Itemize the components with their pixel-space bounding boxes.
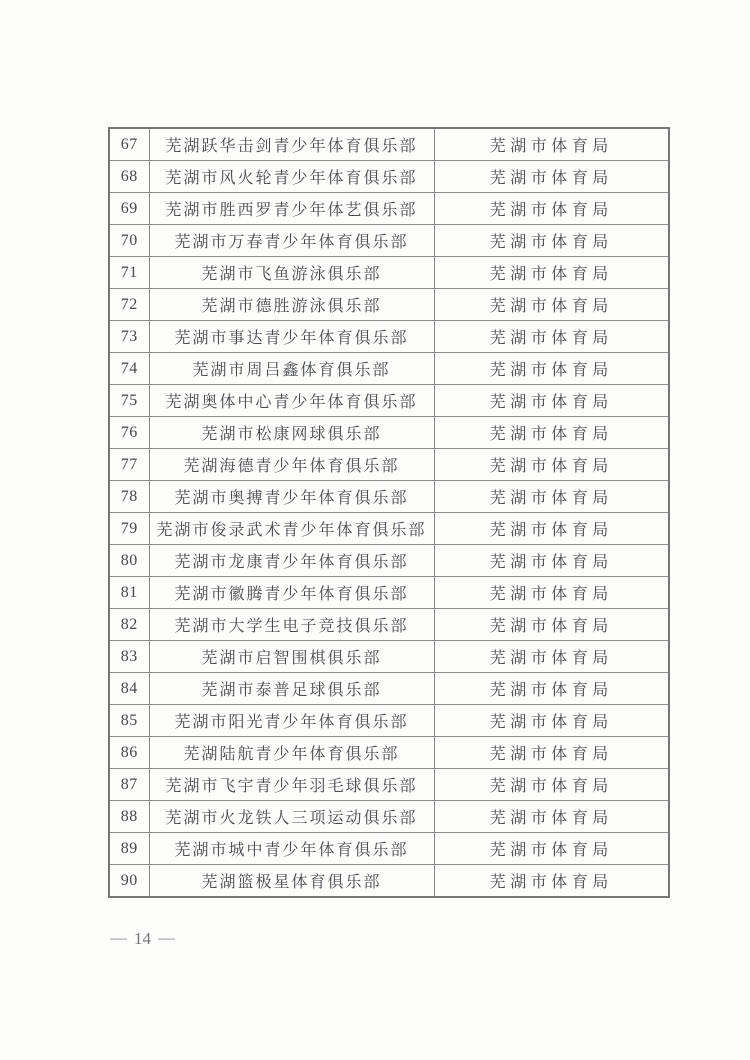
table-row: 77 芜湖海德青少年体育俱乐部 芜湖市体育局 <box>109 449 669 481</box>
authority-cell: 芜湖市体育局 <box>434 769 669 801</box>
club-name-cell: 芜湖市阳光青少年体育俱乐部 <box>149 705 434 737</box>
row-number-cell: 80 <box>109 545 149 577</box>
document-page: 67 芜湖跃华击剑青少年体育俱乐部 芜湖市体育局 68 芜湖市风火轮青少年体育俱… <box>0 0 750 1060</box>
table-row: 79 芜湖市俊录武术青少年体育俱乐部 芜湖市体育局 <box>109 513 669 545</box>
authority-cell: 芜湖市体育局 <box>434 257 669 289</box>
table-row: 71 芜湖市飞鱼游泳俱乐部 芜湖市体育局 <box>109 257 669 289</box>
page-number: 14 <box>134 929 151 949</box>
club-name-cell: 芜湖市万春青少年体育俱乐部 <box>149 225 434 257</box>
club-name-cell: 芜湖市奥搏青少年体育俱乐部 <box>149 481 434 513</box>
footer-left-dash: — <box>110 928 127 948</box>
club-name-cell: 芜湖市风火轮青少年体育俱乐部 <box>149 161 434 193</box>
authority-cell: 芜湖市体育局 <box>434 865 669 898</box>
table-row: 80 芜湖市龙康青少年体育俱乐部 芜湖市体育局 <box>109 545 669 577</box>
row-number-cell: 68 <box>109 161 149 193</box>
authority-cell: 芜湖市体育局 <box>434 673 669 705</box>
footer-right-dash: — <box>158 928 175 948</box>
authority-cell: 芜湖市体育局 <box>434 705 669 737</box>
authority-cell: 芜湖市体育局 <box>434 417 669 449</box>
row-number-cell: 83 <box>109 641 149 673</box>
table-row: 84 芜湖市泰普足球俱乐部 芜湖市体育局 <box>109 673 669 705</box>
row-number-cell: 72 <box>109 289 149 321</box>
authority-cell: 芜湖市体育局 <box>434 609 669 641</box>
row-number-cell: 71 <box>109 257 149 289</box>
table-row: 90 芜湖篮极星体育俱乐部 芜湖市体育局 <box>109 865 669 898</box>
row-number-cell: 89 <box>109 833 149 865</box>
authority-cell: 芜湖市体育局 <box>434 481 669 513</box>
row-number-cell: 74 <box>109 353 149 385</box>
table-row: 74 芜湖市周吕鑫体育俱乐部 芜湖市体育局 <box>109 353 669 385</box>
table-row: 67 芜湖跃华击剑青少年体育俱乐部 芜湖市体育局 <box>109 128 669 161</box>
club-name-cell: 芜湖市德胜游泳俱乐部 <box>149 289 434 321</box>
club-name-cell: 芜湖市启智围棋俱乐部 <box>149 641 434 673</box>
row-number-cell: 86 <box>109 737 149 769</box>
table-row: 81 芜湖市徽腾青少年体育俱乐部 芜湖市体育局 <box>109 577 669 609</box>
club-name-cell: 芜湖市俊录武术青少年体育俱乐部 <box>149 513 434 545</box>
authority-cell: 芜湖市体育局 <box>434 545 669 577</box>
club-name-cell: 芜湖市事达青少年体育俱乐部 <box>149 321 434 353</box>
table-row: 82 芜湖市大学生电子竞技俱乐部 芜湖市体育局 <box>109 609 669 641</box>
club-name-cell: 芜湖市周吕鑫体育俱乐部 <box>149 353 434 385</box>
club-name-cell: 芜湖市龙康青少年体育俱乐部 <box>149 545 434 577</box>
row-number-cell: 76 <box>109 417 149 449</box>
club-name-cell: 芜湖市胜西罗青少年体艺俱乐部 <box>149 193 434 225</box>
club-table-body: 67 芜湖跃华击剑青少年体育俱乐部 芜湖市体育局 68 芜湖市风火轮青少年体育俱… <box>109 128 669 897</box>
club-name-cell: 芜湖篮极星体育俱乐部 <box>149 865 434 898</box>
table-row: 86 芜湖陆航青少年体育俱乐部 芜湖市体育局 <box>109 737 669 769</box>
table-row: 89 芜湖市城中青少年体育俱乐部 芜湖市体育局 <box>109 833 669 865</box>
authority-cell: 芜湖市体育局 <box>434 449 669 481</box>
club-name-cell: 芜湖跃华击剑青少年体育俱乐部 <box>149 128 434 161</box>
authority-cell: 芜湖市体育局 <box>434 737 669 769</box>
club-name-cell: 芜湖陆航青少年体育俱乐部 <box>149 737 434 769</box>
row-number-cell: 78 <box>109 481 149 513</box>
club-name-cell: 芜湖市飞鱼游泳俱乐部 <box>149 257 434 289</box>
row-number-cell: 84 <box>109 673 149 705</box>
row-number-cell: 87 <box>109 769 149 801</box>
row-number-cell: 81 <box>109 577 149 609</box>
row-number-cell: 77 <box>109 449 149 481</box>
row-number-cell: 90 <box>109 865 149 898</box>
row-number-cell: 67 <box>109 128 149 161</box>
row-number-cell: 73 <box>109 321 149 353</box>
club-name-cell: 芜湖海德青少年体育俱乐部 <box>149 449 434 481</box>
authority-cell: 芜湖市体育局 <box>434 193 669 225</box>
club-table: 67 芜湖跃华击剑青少年体育俱乐部 芜湖市体育局 68 芜湖市风火轮青少年体育俱… <box>108 127 670 898</box>
authority-cell: 芜湖市体育局 <box>434 513 669 545</box>
row-number-cell: 69 <box>109 193 149 225</box>
club-name-cell: 芜湖市飞宇青少年羽毛球俱乐部 <box>149 769 434 801</box>
row-number-cell: 79 <box>109 513 149 545</box>
authority-cell: 芜湖市体育局 <box>434 161 669 193</box>
table-row: 68 芜湖市风火轮青少年体育俱乐部 芜湖市体育局 <box>109 161 669 193</box>
row-number-cell: 82 <box>109 609 149 641</box>
table-row: 83 芜湖市启智围棋俱乐部 芜湖市体育局 <box>109 641 669 673</box>
table-row: 85 芜湖市阳光青少年体育俱乐部 芜湖市体育局 <box>109 705 669 737</box>
row-number-cell: 75 <box>109 385 149 417</box>
club-name-cell: 芜湖市徽腾青少年体育俱乐部 <box>149 577 434 609</box>
authority-cell: 芜湖市体育局 <box>434 225 669 257</box>
table-row: 70 芜湖市万春青少年体育俱乐部 芜湖市体育局 <box>109 225 669 257</box>
authority-cell: 芜湖市体育局 <box>434 833 669 865</box>
table-row: 69 芜湖市胜西罗青少年体艺俱乐部 芜湖市体育局 <box>109 193 669 225</box>
authority-cell: 芜湖市体育局 <box>434 385 669 417</box>
table-row: 75 芜湖奥体中心青少年体育俱乐部 芜湖市体育局 <box>109 385 669 417</box>
table-row: 88 芜湖市火龙铁人三项运动俱乐部 芜湖市体育局 <box>109 801 669 833</box>
club-name-cell: 芜湖市大学生电子竞技俱乐部 <box>149 609 434 641</box>
table-row: 73 芜湖市事达青少年体育俱乐部 芜湖市体育局 <box>109 321 669 353</box>
authority-cell: 芜湖市体育局 <box>434 128 669 161</box>
authority-cell: 芜湖市体育局 <box>434 577 669 609</box>
club-name-cell: 芜湖奥体中心青少年体育俱乐部 <box>149 385 434 417</box>
table-row: 72 芜湖市德胜游泳俱乐部 芜湖市体育局 <box>109 289 669 321</box>
club-name-cell: 芜湖市泰普足球俱乐部 <box>149 673 434 705</box>
row-number-cell: 88 <box>109 801 149 833</box>
authority-cell: 芜湖市体育局 <box>434 801 669 833</box>
row-number-cell: 85 <box>109 705 149 737</box>
table-row: 78 芜湖市奥搏青少年体育俱乐部 芜湖市体育局 <box>109 481 669 513</box>
club-name-cell: 芜湖市城中青少年体育俱乐部 <box>149 833 434 865</box>
authority-cell: 芜湖市体育局 <box>434 289 669 321</box>
page-footer: — 14 — <box>110 929 175 949</box>
row-number-cell: 70 <box>109 225 149 257</box>
club-name-cell: 芜湖市火龙铁人三项运动俱乐部 <box>149 801 434 833</box>
authority-cell: 芜湖市体育局 <box>434 353 669 385</box>
table-row: 76 芜湖市松康网球俱乐部 芜湖市体育局 <box>109 417 669 449</box>
table-row: 87 芜湖市飞宇青少年羽毛球俱乐部 芜湖市体育局 <box>109 769 669 801</box>
authority-cell: 芜湖市体育局 <box>434 641 669 673</box>
authority-cell: 芜湖市体育局 <box>434 321 669 353</box>
club-name-cell: 芜湖市松康网球俱乐部 <box>149 417 434 449</box>
